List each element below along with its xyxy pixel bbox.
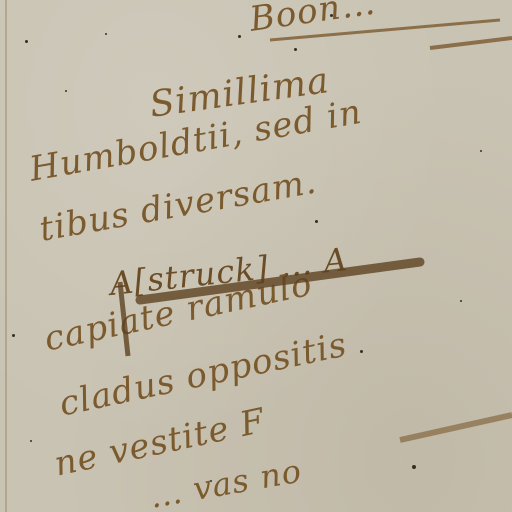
ink-strokes [0,0,512,512]
